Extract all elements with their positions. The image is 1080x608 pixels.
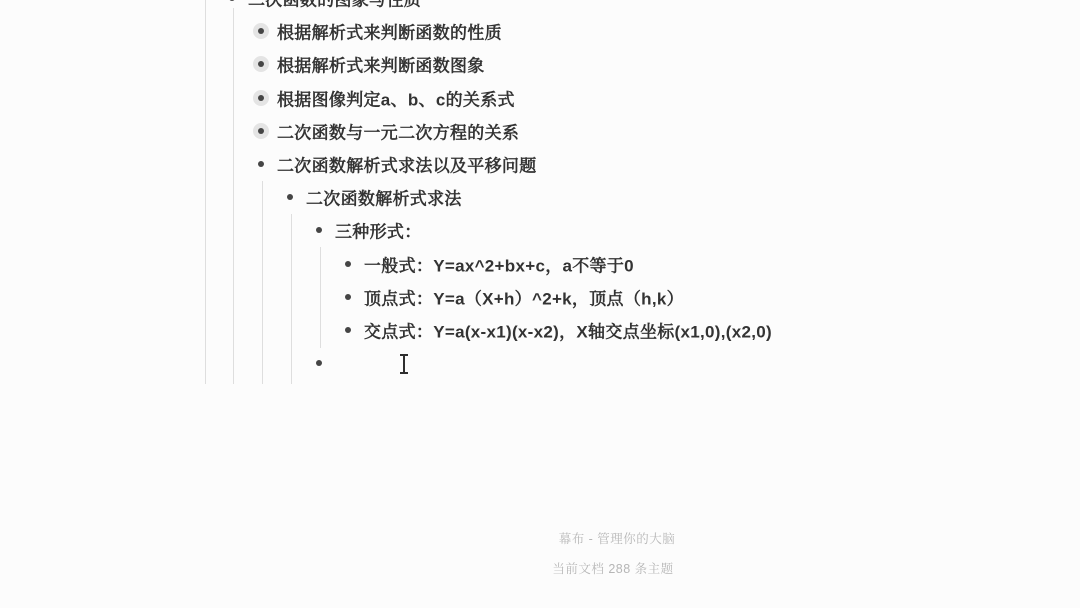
bullet-dot <box>345 261 351 267</box>
bullet-icon[interactable] <box>340 322 356 338</box>
outline-item-text[interactable]: 交点式：Y=a(x-x1)(x-x2)，X轴交点坐标(x1,0),(x2,0) <box>364 318 772 343</box>
outline-item-active[interactable] <box>0 351 1080 375</box>
bullet-icon[interactable] <box>311 355 327 371</box>
outline-item-text[interactable]: 顶点式：Y=a（X+h）^2+k，顶点（h,k） <box>364 284 684 309</box>
mubu-document-canvas: 二次函数的图象与性质根据解析式来判断函数的性质根据解析式来判断函数图象根据图像判… <box>0 0 1080 608</box>
bullet-dot <box>258 28 264 34</box>
bullet-icon[interactable] <box>311 222 327 238</box>
outline-item-text[interactable]: 三种形式： <box>335 218 422 243</box>
text-cursor-ibeam <box>398 353 410 375</box>
outline-item[interactable]: 二次函数与一元二次方程的关系 <box>0 119 1080 143</box>
watermark-topic-count: 当前文档 288 条主题 <box>552 559 673 577</box>
bullet-dot <box>258 128 264 134</box>
bullet-collapsed-icon[interactable] <box>253 23 269 39</box>
outline-item-text[interactable]: 根据图像判定a、b、c的关系式 <box>277 85 515 110</box>
bullet-collapsed-icon[interactable] <box>253 56 269 72</box>
bullet-dot <box>287 194 293 200</box>
bullet-dot <box>258 95 264 101</box>
outline-item-text[interactable]: 二次函数解析式求法 <box>306 185 462 210</box>
outline-item[interactable]: 二次函数解析式求法以及平移问题 <box>0 152 1080 176</box>
outline-item[interactable]: 根据解析式来判断函数图象 <box>0 52 1080 76</box>
bullet-icon[interactable] <box>340 256 356 272</box>
outline-item-text[interactable]: 二次函数解析式求法以及平移问题 <box>277 152 537 177</box>
outline-item[interactable]: 顶点式：Y=a（X+h）^2+k，顶点（h,k） <box>0 285 1080 309</box>
outline-item-text[interactable]: 根据解析式来判断函数图象 <box>277 52 485 77</box>
bullet-collapsed-icon[interactable] <box>253 123 269 139</box>
outline-item-text[interactable]: 根据解析式来判断函数的性质 <box>277 19 502 44</box>
bullet-icon[interactable] <box>340 289 356 305</box>
outline-item-text[interactable]: 二次函数与一元二次方程的关系 <box>277 118 519 143</box>
outline-item[interactable]: 根据解析式来判断函数的性质 <box>0 19 1080 43</box>
bullet-icon[interactable] <box>282 189 298 205</box>
outline-item[interactable]: 根据图像判定a、b、c的关系式 <box>0 86 1080 110</box>
bullet-icon[interactable] <box>224 0 240 6</box>
outline-item[interactable]: 交点式：Y=a(x-x1)(x-x2)，X轴交点坐标(x1,0),(x2,0) <box>0 318 1080 342</box>
outline-item[interactable]: 一般式：Y=ax^2+bx+c，a不等于0 <box>0 252 1080 276</box>
bullet-dot <box>258 161 264 167</box>
ibeam-stem <box>403 355 405 373</box>
bullet-dot <box>229 0 235 1</box>
ibeam-bottom-serif <box>400 372 408 374</box>
outline-item-text[interactable]: 二次函数的图象与性质 <box>248 0 421 11</box>
outline-item[interactable]: 二次函数的图象与性质 <box>0 0 1080 10</box>
bullet-dot <box>258 61 264 67</box>
bullet-dot <box>316 360 322 366</box>
bullet-dot <box>316 227 322 233</box>
bullet-dot <box>345 327 351 333</box>
outline-item[interactable]: 三种形式： <box>0 218 1080 242</box>
bullet-icon[interactable] <box>253 156 269 172</box>
bullet-dot <box>345 294 351 300</box>
outline-item[interactable]: 二次函数解析式求法 <box>0 185 1080 209</box>
outline-item-text[interactable]: 一般式：Y=ax^2+bx+c，a不等于0 <box>364 251 634 276</box>
watermark-app-slogan: 幕布 - 管理你的大脑 <box>559 529 676 547</box>
bullet-collapsed-icon[interactable] <box>253 90 269 106</box>
